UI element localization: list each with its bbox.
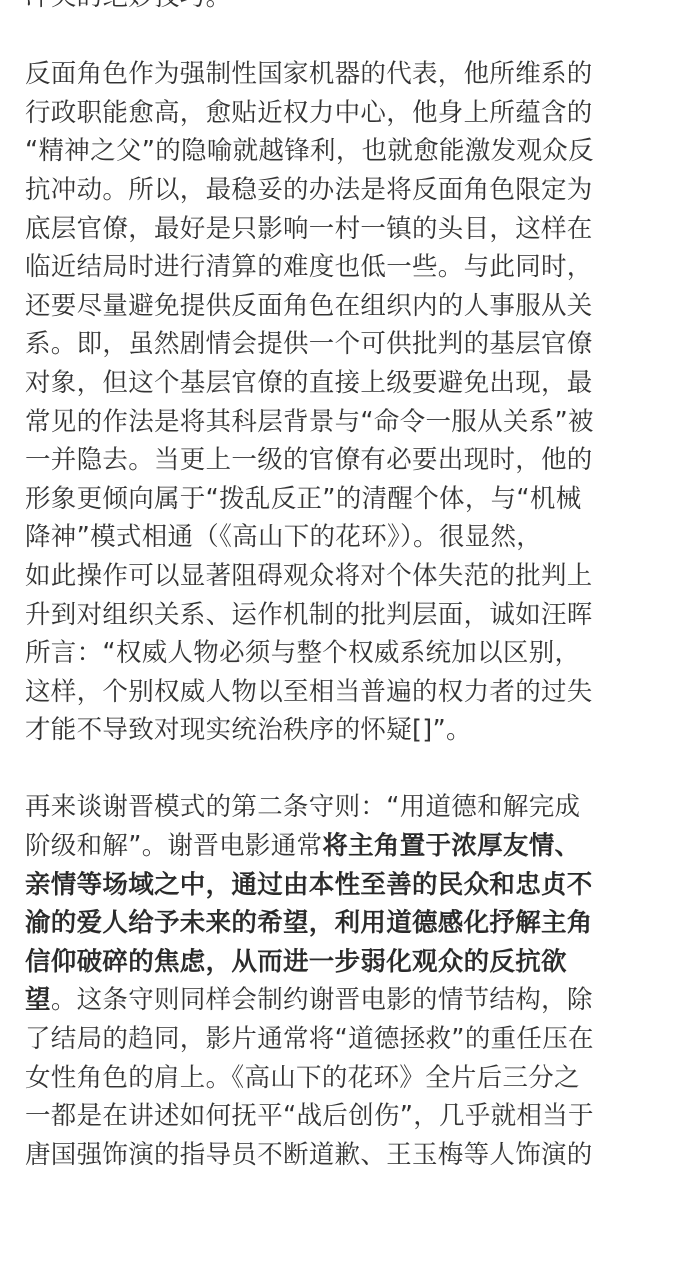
text-line: 常见的作法是将其科层背景与“命令一服从关系”被 (25, 403, 665, 442)
text-bold-emphasis: 信仰破碎的焦虑，从而进一步弱化观众的反抗欲 (25, 947, 567, 977)
text-line: 再来谈谢晋模式的第二条守则：“用道德和解完成 (25, 788, 665, 827)
text-line: 临近结局时进行清算的难度也低一些。与此同时， (25, 248, 665, 287)
text-line: 唐国强饰演的指导员不断道歉、王玉梅等人饰演的 (25, 1136, 665, 1175)
text-line: 女性角色的肩上。《高山下的花环》全片后三分之 (25, 1059, 665, 1098)
text-line: 对象，但这个基层官僚的直接上级要避免出现，最 (25, 364, 665, 403)
text-line: 这样，个别权威人物以至相当普遍的权力者的过失 (25, 673, 665, 712)
text-line: 亲情等场域之中，通过由本性至善的民众和忠贞不 (25, 866, 665, 905)
text-line: 阶级和解”。谢晋电影通常将主角置于浓厚友情、 (25, 827, 665, 866)
text-line: 行政职能愈高，愈贴近权力中心，他身上所蕴含的 (25, 94, 665, 133)
text-normal: 了结局的趋同，影片通常将“道德拯救”的重任压在 (25, 1024, 594, 1054)
text-normal: 。这条守则同样会制约谢晋电影的情节结构，除 (51, 985, 593, 1015)
text-normal: 再来谈谢晋模式的第二条守则：“用道德和解完成 (25, 792, 580, 822)
text-line: 才能不导致对现实统治秩序的怀疑[]”。 (25, 711, 665, 750)
text-line: 一都是在讲述如何抚平“战后创伤”，几乎就相当于 (25, 1097, 665, 1136)
text-bold-emphasis: 将主角置于浓厚友情、 (322, 831, 580, 861)
paragraph-2: 反面角色作为强制性国家机器的代表，他所维系的 行政职能愈高，愈贴近权力中心，他身… (25, 55, 665, 750)
text-normal: 女性角色的肩上。《高山下的花环》全片后三分之 (25, 1063, 580, 1093)
text-line: 所言：“权威人物必须与整个权威系统加以区别， (25, 634, 665, 673)
text-line: 冲突的绝妙技巧。 (25, 0, 665, 17)
text-line: 信仰破碎的焦虑，从而进一步弱化观众的反抗欲 (25, 943, 665, 982)
text-bold-emphasis: 渝的爱人给予未来的希望，利用道德感化抒解主角 (25, 908, 593, 938)
text-line: 抗冲动。所以，最稳妥的办法是将反面角色限定为 (25, 171, 665, 210)
text-line: 望。这条守则同样会制约谢晋电影的情节结构，除 (25, 981, 665, 1020)
paragraph-3: 再来谈谢晋模式的第二条守则：“用道德和解完成 阶级和解”。谢晋电影通常将主角置于… (25, 788, 665, 1174)
text-bold-emphasis: 望 (25, 985, 51, 1015)
text-line: 渝的爱人给予未来的希望，利用道德感化抒解主角 (25, 904, 665, 943)
text-line: 如此操作可以显著阻碍观众将对个体失范的批判上 (25, 557, 665, 596)
text-line: 了结局的趋同，影片通常将“道德拯救”的重任压在 (25, 1020, 665, 1059)
text-line: 形象更倾向属于“拨乱反正”的清醒个体，与“机械 (25, 480, 665, 519)
text-normal: 唐国强饰演的指导员不断道歉、王玉梅等人饰演的 (25, 1140, 593, 1170)
text-line: 反面角色作为强制性国家机器的代表，他所维系的 (25, 55, 665, 94)
text-normal: 阶级和解”。谢晋电影通常 (25, 831, 322, 861)
text-normal: 一都是在讲述如何抚平“战后创伤”，几乎就相当于 (25, 1101, 594, 1131)
text-line: 一并隐去。当更上一级的官僚有必要出现时，他的 (25, 441, 665, 480)
text-line: 降神”模式相通（《高山下的花环》）。很显然， (25, 518, 665, 557)
text-line: 底层官僚，最好是只影响一村一镇的头目，这样在 (25, 210, 665, 249)
text-line: 还要尽量避免提供反面角色在组织内的人事服从关 (25, 287, 665, 326)
text-bold-emphasis: 亲情等场域之中，通过由本性至善的民众和忠贞不 (25, 870, 593, 900)
paragraph-1: 冲突的绝妙技巧。 (25, 0, 665, 17)
text-line: 升到对组织关系、运作机制的批判层面，诚如汪晖 (25, 596, 665, 635)
article-body: 冲突的绝妙技巧。 反面角色作为强制性国家机器的代表，他所维系的 行政职能愈高，愈… (25, 0, 665, 1213)
text-line: “精神之父”的隐喻就越锋利，也就愈能激发观众反 (25, 132, 665, 171)
text-line: 系。即，虽然剧情会提供一个可供批判的基层官僚 (25, 325, 665, 364)
